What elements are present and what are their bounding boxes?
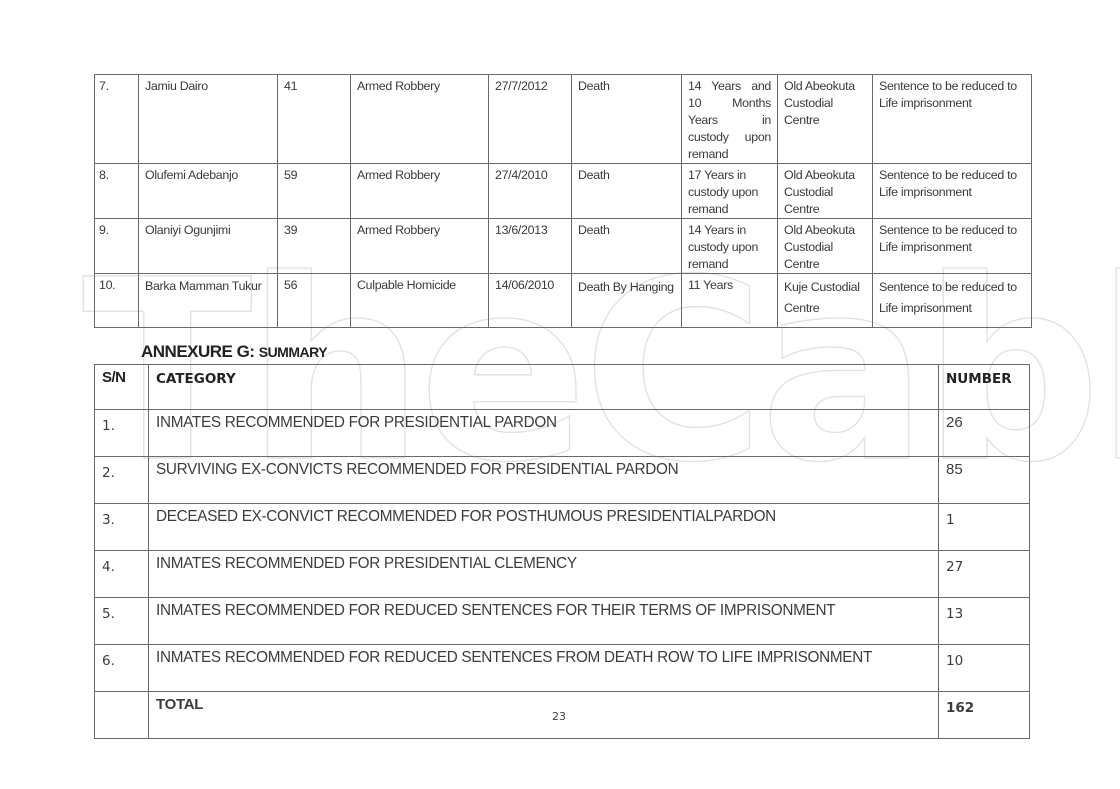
summary-table: S/N CATEGORY NUMBER 1. INMATES RECOMMEND… [94, 364, 1030, 739]
table-row: 6. INMATES RECOMMENDED FOR REDUCED SENTE… [95, 645, 1030, 692]
number-cell: 85 [939, 457, 1030, 504]
sentence-cell: Death By Hanging [572, 274, 682, 328]
number-cell: 13 [939, 598, 1030, 645]
sn-cell: 6. [95, 645, 149, 692]
table-row: 3. DECEASED EX-CONVICT RECOMMENDED FOR P… [95, 504, 1030, 551]
sn-cell: 9. [95, 219, 139, 274]
number-cell: 10 [939, 645, 1030, 692]
table-row: 4. INMATES RECOMMENDED FOR PRESIDENTIAL … [95, 551, 1030, 598]
category-cell: INMATES RECOMMENDED FOR PRESIDENTIAL CLE… [149, 551, 939, 598]
number-cell: 1 [939, 504, 1030, 551]
annexure-title-sub: SUMMARY [259, 344, 327, 360]
sn-cell-empty [95, 692, 149, 739]
category-cell: INMATES RECOMMENDED FOR REDUCED SENTENCE… [149, 598, 939, 645]
sn-cell: 7. [95, 75, 139, 164]
sentence-cell: Death [572, 219, 682, 274]
centre-cell: Old Abeokuta Custodial Centre [778, 75, 873, 164]
total-label: TOTAL [149, 692, 939, 739]
table-row: 1. INMATES RECOMMENDED FOR PRESIDENTIAL … [95, 410, 1030, 457]
category-cell: SURVIVING EX-CONVICTS RECOMMENDED FOR PR… [149, 457, 939, 504]
date-cell: 14/06/2010 [489, 274, 572, 328]
name-cell: Olufemi Adebanjo [139, 164, 278, 219]
table-row: 7. Jamiu Dairo 41 Armed Robbery 27/7/201… [95, 75, 1032, 164]
custody-cell: 14 Years in custody upon remand [682, 219, 778, 274]
table-row: 5. INMATES RECOMMENDED FOR REDUCED SENTE… [95, 598, 1030, 645]
page-number: 23 [552, 710, 566, 723]
header-number: NUMBER [939, 365, 1030, 410]
date-cell: 27/7/2012 [489, 75, 572, 164]
offence-cell: Armed Robbery [351, 164, 489, 219]
table-row: 10. Barka Mamman Tukur 56 Culpable Homic… [95, 274, 1032, 328]
name-cell: Jamiu Dairo [139, 75, 278, 164]
header-category: CATEGORY [149, 365, 939, 410]
sn-cell: 4. [95, 551, 149, 598]
sn-cell: 8. [95, 164, 139, 219]
header-sn: S/N [95, 365, 149, 410]
number-cell: 27 [939, 551, 1030, 598]
custody-cell: 11 Years [682, 274, 778, 328]
sn-cell: 3. [95, 504, 149, 551]
total-number: 162 [939, 692, 1030, 739]
offence-cell: Armed Robbery [351, 219, 489, 274]
offence-cell: Culpable Homicide [351, 274, 489, 328]
sn-cell: 2. [95, 457, 149, 504]
table-row: 2. SURVIVING EX-CONVICTS RECOMMENDED FOR… [95, 457, 1030, 504]
category-cell: INMATES RECOMMENDED FOR REDUCED SENTENCE… [149, 645, 939, 692]
sentence-cell: Death [572, 75, 682, 164]
category-cell: DECEASED EX-CONVICT RECOMMENDED FOR POST… [149, 504, 939, 551]
table-row: 9. Olaniyi Ogunjimi 39 Armed Robbery 13/… [95, 219, 1032, 274]
table-row: 8. Olufemi Adebanjo 59 Armed Robbery 27/… [95, 164, 1032, 219]
sn-cell: 1. [95, 410, 149, 457]
custody-cell: 17 Years in custody upon remand [682, 164, 778, 219]
recommendation-cell: Sentence to be reduced to Life imprisonm… [873, 75, 1032, 164]
offence-cell: Armed Robbery [351, 75, 489, 164]
recommendation-cell: Sentence to be reduced to Life imprisonm… [873, 274, 1032, 328]
centre-cell: Kuje Custodial Centre [778, 274, 873, 328]
age-cell: 39 [278, 219, 351, 274]
annexure-title: ANNEXURE G: SUMMARY [141, 342, 327, 362]
name-cell: Barka Mamman Tukur [139, 274, 278, 328]
category-cell: INMATES RECOMMENDED FOR PRESIDENTIAL PAR… [149, 410, 939, 457]
age-cell: 41 [278, 75, 351, 164]
annexure-title-main: ANNEXURE G: [141, 342, 259, 361]
number-cell: 26 [939, 410, 1030, 457]
continuation-table: 7. Jamiu Dairo 41 Armed Robbery 27/7/201… [94, 74, 1032, 328]
sn-cell: 10. [95, 274, 139, 328]
sn-cell: 5. [95, 598, 149, 645]
date-cell: 13/6/2013 [489, 219, 572, 274]
age-cell: 59 [278, 164, 351, 219]
sentence-cell: Death [572, 164, 682, 219]
age-cell: 56 [278, 274, 351, 328]
recommendation-cell: Sentence to be reduced to Life imprisonm… [873, 164, 1032, 219]
name-cell: Olaniyi Ogunjimi [139, 219, 278, 274]
recommendation-cell: Sentence to be reduced to Life imprisonm… [873, 219, 1032, 274]
date-cell: 27/4/2010 [489, 164, 572, 219]
centre-cell: Old Abeokuta Custodial Centre [778, 219, 873, 274]
custody-cell: 14 Years and 10 Months Years in custody … [682, 75, 778, 164]
centre-cell: Old Abeokuta Custodial Centre [778, 164, 873, 219]
summary-header-row: S/N CATEGORY NUMBER [95, 365, 1030, 410]
